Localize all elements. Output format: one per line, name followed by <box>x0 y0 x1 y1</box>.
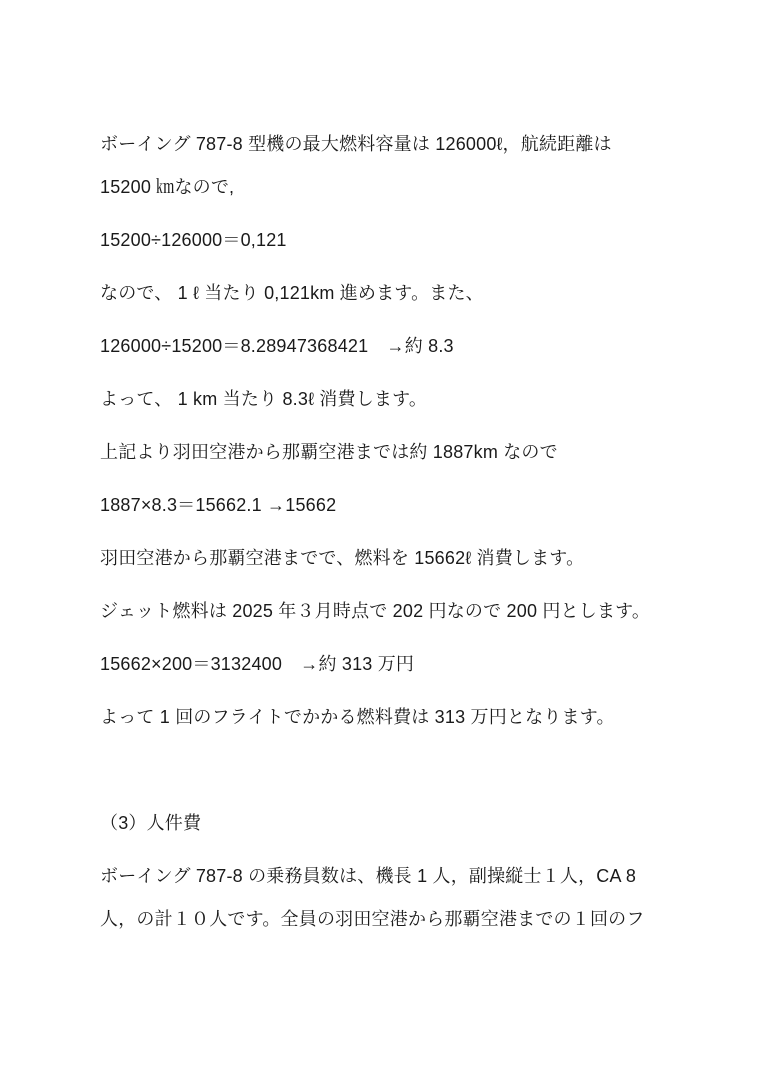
document-text-block: ボーイング 787-8 型機の最大燃料容量は 126000ℓ，航続距離は 152… <box>100 123 660 941</box>
text-haneda-naha-distance: 上記より羽田空港から那覇空港までは約 1887km なので <box>100 431 660 474</box>
paragraph-crew-count-line-2: 人，の計１０人です。全員の羽田空港から那覇空港までの１回のフ <box>100 898 660 941</box>
paragraph-fuel-capacity-line-2: 15200 ㎞なので, <box>100 166 660 209</box>
text-jet-fuel-price: ジェット燃料は 2025 年３月時点で 202 円なので 200 円とします。 <box>100 590 660 633</box>
text-fuel-cost-conclusion: よって 1 回のフライトでかかる燃料費は 313 万円となります。 <box>100 696 660 739</box>
paragraph-fuel-capacity-line-1: ボーイング 787-8 型機の最大燃料容量は 126000ℓ，航続距離は <box>100 123 660 166</box>
text-liters-per-km-result: よって、 1 km 当たり 8.3ℓ 消費します。 <box>100 378 660 421</box>
equation-km-per-liter: 15200÷126000＝0,121 <box>100 219 660 262</box>
equation-total-fuel: 1887×8.3＝15662.1 →15662 <box>100 484 660 527</box>
document-page: ボーイング 787-8 型機の最大燃料容量は 126000ℓ，航続距離は 152… <box>0 0 763 1080</box>
paragraph-crew-count-line-1: ボーイング 787-8 の乗務員数は、機長 1 人，副操縦士１人，CA 8 <box>100 855 660 898</box>
text-total-fuel-result: 羽田空港から那覇空港までで、燃料を 15662ℓ 消費します。 <box>100 537 660 580</box>
equation-fuel-cost: 15662×200＝3132400 →約 313 万円 <box>100 643 660 686</box>
heading-personnel-cost: （3）人件費 <box>100 802 660 845</box>
equation-liters-per-km: 126000÷15200＝8.28947368421 →約 8.3 <box>100 325 660 368</box>
text-km-per-liter-result: なので、 1 ℓ 当たり 0,121km 進めます。また、 <box>100 272 660 315</box>
